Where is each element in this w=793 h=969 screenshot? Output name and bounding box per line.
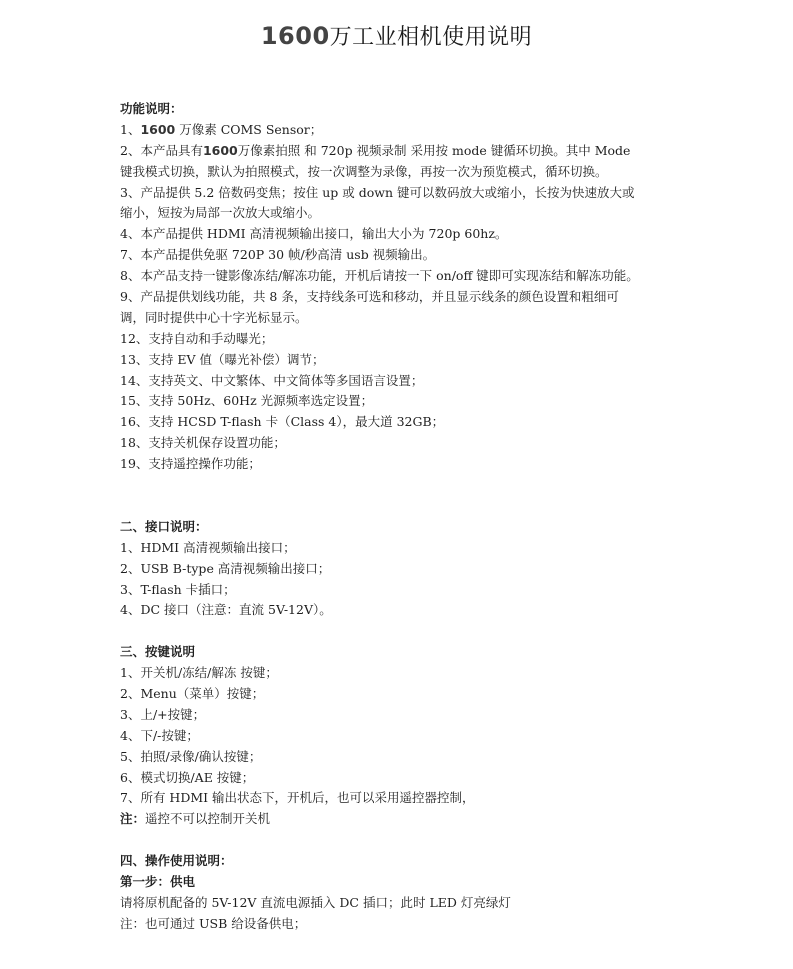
feature-line: 7、本产品提供免驱 720P 30 帧/秒高清 usb 视频输出。 [120,245,690,266]
button-line: 6、模式切换/AE 按键； [120,768,690,789]
section-heading-buttons: 三、按键说明 [120,642,690,663]
feature-prefix: 2、本产品具有 [120,143,203,158]
interface-line: 3、T-flash 卡插口； [120,580,690,601]
feature-line: 4、本产品提供 HDMI 高清视频输出接口，输出大小为 720p 60hz。 [120,224,690,245]
feature-line: 14、支持英文、中文繁体、中文简体等多国语言设置； [120,371,690,392]
spacer [120,621,690,642]
document-title: 1600万工业相机使用说明 [0,20,793,51]
feature-line: 12、支持自动和手动曝光； [120,329,690,350]
interface-line: 2、USB B-type 高清视频输出接口； [120,559,690,580]
feature-suffix: 万像素 COMS Sensor； [175,122,322,137]
feature-line: 16、支持 HCSD T-flash 卡（Class 4），最大道 32GB； [120,412,690,433]
feature-line: 13、支持 EV 值（曝光补偿）调节； [120,350,690,371]
section-heading-features: 功能说明： [120,99,690,120]
note-label: 注： [120,811,145,826]
feature-bold: 1600 [203,143,238,158]
document-body: 功能说明： 1、1600 万像素 COMS Sensor； 2、本产品具有160… [120,99,690,935]
feature-line: 9、产品提供划线功能，共 8 条，支持线条可选和移动，并且显示线条的颜色设置和粗… [120,287,690,308]
feature-line: 8、本产品支持一键影像冻结/解冻功能，开机后请按一下 on/off 键即可实现冻… [120,266,690,287]
title-number: 1600 [261,22,330,50]
button-line: 1、开关机/冻结/解冻 按键； [120,663,690,684]
feature-line: 调，同时提供中心十字光标显示。 [120,308,690,329]
feature-line: 3、产品提供 5.2 倍数码变焦；按住 up 或 down 键可以数码放大或缩小… [120,183,690,204]
interface-line: 4、DC 接口（注意：直流 5V-12V）。 [120,600,690,621]
interface-line: 1、HDMI 高清视频输出接口； [120,538,690,559]
feature-line: 键我模式切换，默认为拍照模式，按一次调整为录像，再按一次为预览模式，循环切换。 [120,162,690,183]
button-line: 4、下/-按键； [120,726,690,747]
button-line: 3、上/+按键； [120,705,690,726]
section-heading-operation: 四、操作使用说明： [120,851,690,872]
operation-line: 注：也可通过 USB 给设备供电； [120,914,690,935]
button-line: 2、Menu（菜单）按键； [120,684,690,705]
operation-line: 请将原机配备的 5V-12V 直流电源插入 DC 插口；此时 LED 灯亮绿灯 [120,893,690,914]
feature-suffix: 万像素拍照 和 720p 视频录制 采用按 mode 键循环切换。其中 Mode [238,143,631,158]
feature-line: 缩小，短按为局部一次放大或缩小。 [120,203,690,224]
spacer [120,475,690,517]
title-text: 万工业相机使用说明 [330,25,533,50]
button-line: 7、所有 HDMI 输出状态下，开机后，也可以采用遥控器控制， [120,788,690,809]
feature-line-2: 2、本产品具有1600万像素拍照 和 720p 视频录制 采用按 mode 键循… [120,141,690,162]
feature-prefix: 1、 [120,122,140,137]
feature-line: 19、支持遥控操作功能； [120,454,690,475]
feature-line: 15、支持 50Hz、60Hz 光源频率选定设置； [120,391,690,412]
feature-line: 18、支持关机保存设置功能； [120,433,690,454]
feature-bold: 1600 [140,122,175,137]
step-heading: 第一步：供电 [120,872,690,893]
feature-line-1: 1、1600 万像素 COMS Sensor； [120,120,690,141]
button-note: 注：遥控不可以控制开关机 [120,809,690,830]
spacer [120,830,690,851]
section-heading-interfaces: 二、接口说明： [120,517,690,538]
note-text: 遥控不可以控制开关机 [145,811,270,826]
button-line: 5、拍照/录像/确认按键； [120,747,690,768]
